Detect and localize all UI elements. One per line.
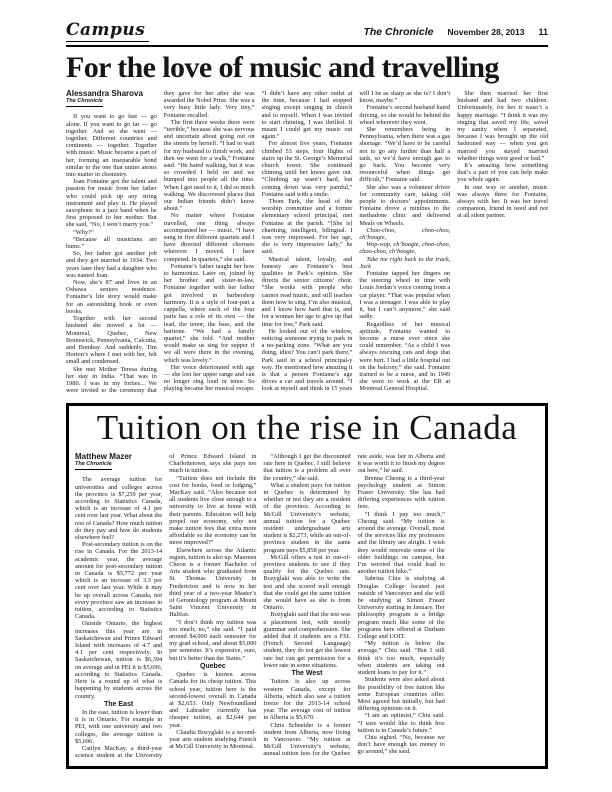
body-paragraph: The first three weeks there were “terrib… (164, 119, 255, 213)
issue-date: November 28, 2013 (447, 27, 524, 37)
body-paragraph: “My tuition is below the average,” Chiu … (358, 640, 445, 676)
body-paragraph: Joan Fontaine got the talent and passion… (66, 178, 157, 228)
body-paragraph: Tuition is also up across western Canada… (263, 678, 350, 721)
section-subhead: The East (75, 701, 162, 708)
body-paragraph: Fontaine’s second husband hated driving,… (359, 104, 450, 126)
body-paragraph: Regardless of her musical aptitude, Font… (359, 321, 450, 393)
body-paragraph: Elsewhere across the Atlantic region, tu… (169, 547, 256, 619)
body-paragraph: No matter where Fontaine travelled, one … (164, 212, 255, 262)
body-paragraph: Now, she’s 87 and lives in an Oshawa sen… (66, 279, 157, 315)
body-paragraph: In the east, tuition is lower than it is… (75, 709, 162, 745)
body-paragraph: “I think I pay too much,” Cheong said. “… (358, 511, 445, 576)
byline-organization: The Chronicle (66, 98, 103, 107)
article-tuition: Tuition on the rise in Canada Matthew Ma… (66, 403, 548, 769)
article-music: For the love of music and travelling Ale… (66, 51, 548, 396)
section-title: Campus (66, 20, 149, 42)
page-number: 11 (538, 27, 548, 37)
body-paragraph: “Why?” (66, 229, 157, 236)
body-paragraph: In one way or another, music was always … (457, 184, 548, 220)
body-paragraph: Together with her second husband she mov… (66, 315, 157, 365)
body-paragraph: It’s amazing how something that’s a part… (457, 162, 548, 184)
song-lyric-line: Choo-choo, choo-choo, ch’boogie, (359, 227, 450, 241)
body-paragraph: Musical talent, loyalty, and honesty are… (262, 256, 353, 328)
body-paragraph: McGill offers a test to out-of-province … (263, 554, 350, 612)
byline-author: Matthew Mazer (75, 453, 162, 460)
body-paragraph: Post-secondary tuition is on the rise in… (75, 541, 162, 620)
body-paragraph: She then married her first husband and h… (457, 90, 548, 162)
body-paragraph: “Because all musicians are bums.” (66, 236, 157, 250)
article-music-body: Alessandra Sharova The Chronicle If you … (66, 90, 548, 396)
body-paragraph: “Tuition does not include the cost for b… (169, 475, 256, 547)
body-paragraph: “I am an optimist,” Chiu said. “I sure w… (358, 712, 445, 734)
byline-organization: The Chronicle (75, 461, 112, 470)
body-paragraph: Thom Park, the head of the worship commi… (262, 198, 353, 256)
body-paragraph: The average tuition for universities and… (75, 476, 162, 541)
body-paragraph: Fontaine’s father taught her how to harm… (164, 263, 255, 364)
article-music-headline: For the love of music and travelling (66, 51, 548, 84)
body-paragraph: She remembers being in Pennsylvania, whe… (359, 126, 450, 184)
masthead-right: The Chronicle November 28, 2013 11 (363, 26, 548, 38)
body-paragraph: If you want to go fast — go alone. If yo… (66, 113, 157, 178)
article-tuition-body: Matthew Mazer The Chronicle The average … (75, 453, 539, 761)
song-lyric-line: Wop-wop, ch’boogie, choo-choo, choo-choo… (359, 241, 450, 255)
body-paragraph: Quebec is known across Canada for its ch… (169, 671, 256, 729)
byline-author: Alessandra Sharova (66, 90, 157, 97)
body-paragraph: Outside Ontario, the highest increases t… (75, 620, 162, 699)
body-paragraph: Brenna Cheong is a third-year psychology… (358, 475, 445, 511)
body-paragraph: Sabrina Chiu is studying at Douglas Coll… (358, 575, 445, 640)
body-paragraph: So, her father got another job and they … (66, 250, 157, 279)
article-tuition-headline: Tuition on the rise in Canada (75, 408, 539, 448)
body-paragraph: “I don’t think my tuition was too much, … (169, 619, 256, 662)
body-paragraph: Students were also asked about the possi… (358, 676, 445, 712)
body-paragraph: What a student pays for tuition in Quebe… (263, 482, 350, 554)
body-paragraph: She also was a volunteer driver for comm… (359, 184, 450, 227)
body-paragraph: Chiu sighed. “No, because we don’t have … (358, 734, 445, 756)
section-subhead: The West (263, 670, 350, 677)
masthead: Campus The Chronicle November 28, 2013 1… (66, 20, 548, 47)
body-paragraph: Claudia Bozyglaki is a second-year arts … (169, 729, 256, 751)
publication-name: The Chronicle (363, 26, 433, 38)
body-paragraph: “Although I get the discounted rate here… (263, 453, 350, 482)
song-lyric-line: Take me right back to the track, Jack (359, 256, 450, 270)
body-paragraph: Bozyglaki said that the test was a place… (263, 611, 350, 669)
section-subhead: Quebec (169, 663, 256, 670)
body-paragraph: Fontaine tapped her fingers on the steer… (359, 270, 450, 320)
body-paragraph: For almost five years, Fontaine climbed … (262, 140, 353, 198)
page-content: Campus The Chronicle November 28, 2013 1… (66, 20, 548, 769)
newspaper-page: Campus The Chronicle November 28, 2013 1… (0, 0, 612, 792)
